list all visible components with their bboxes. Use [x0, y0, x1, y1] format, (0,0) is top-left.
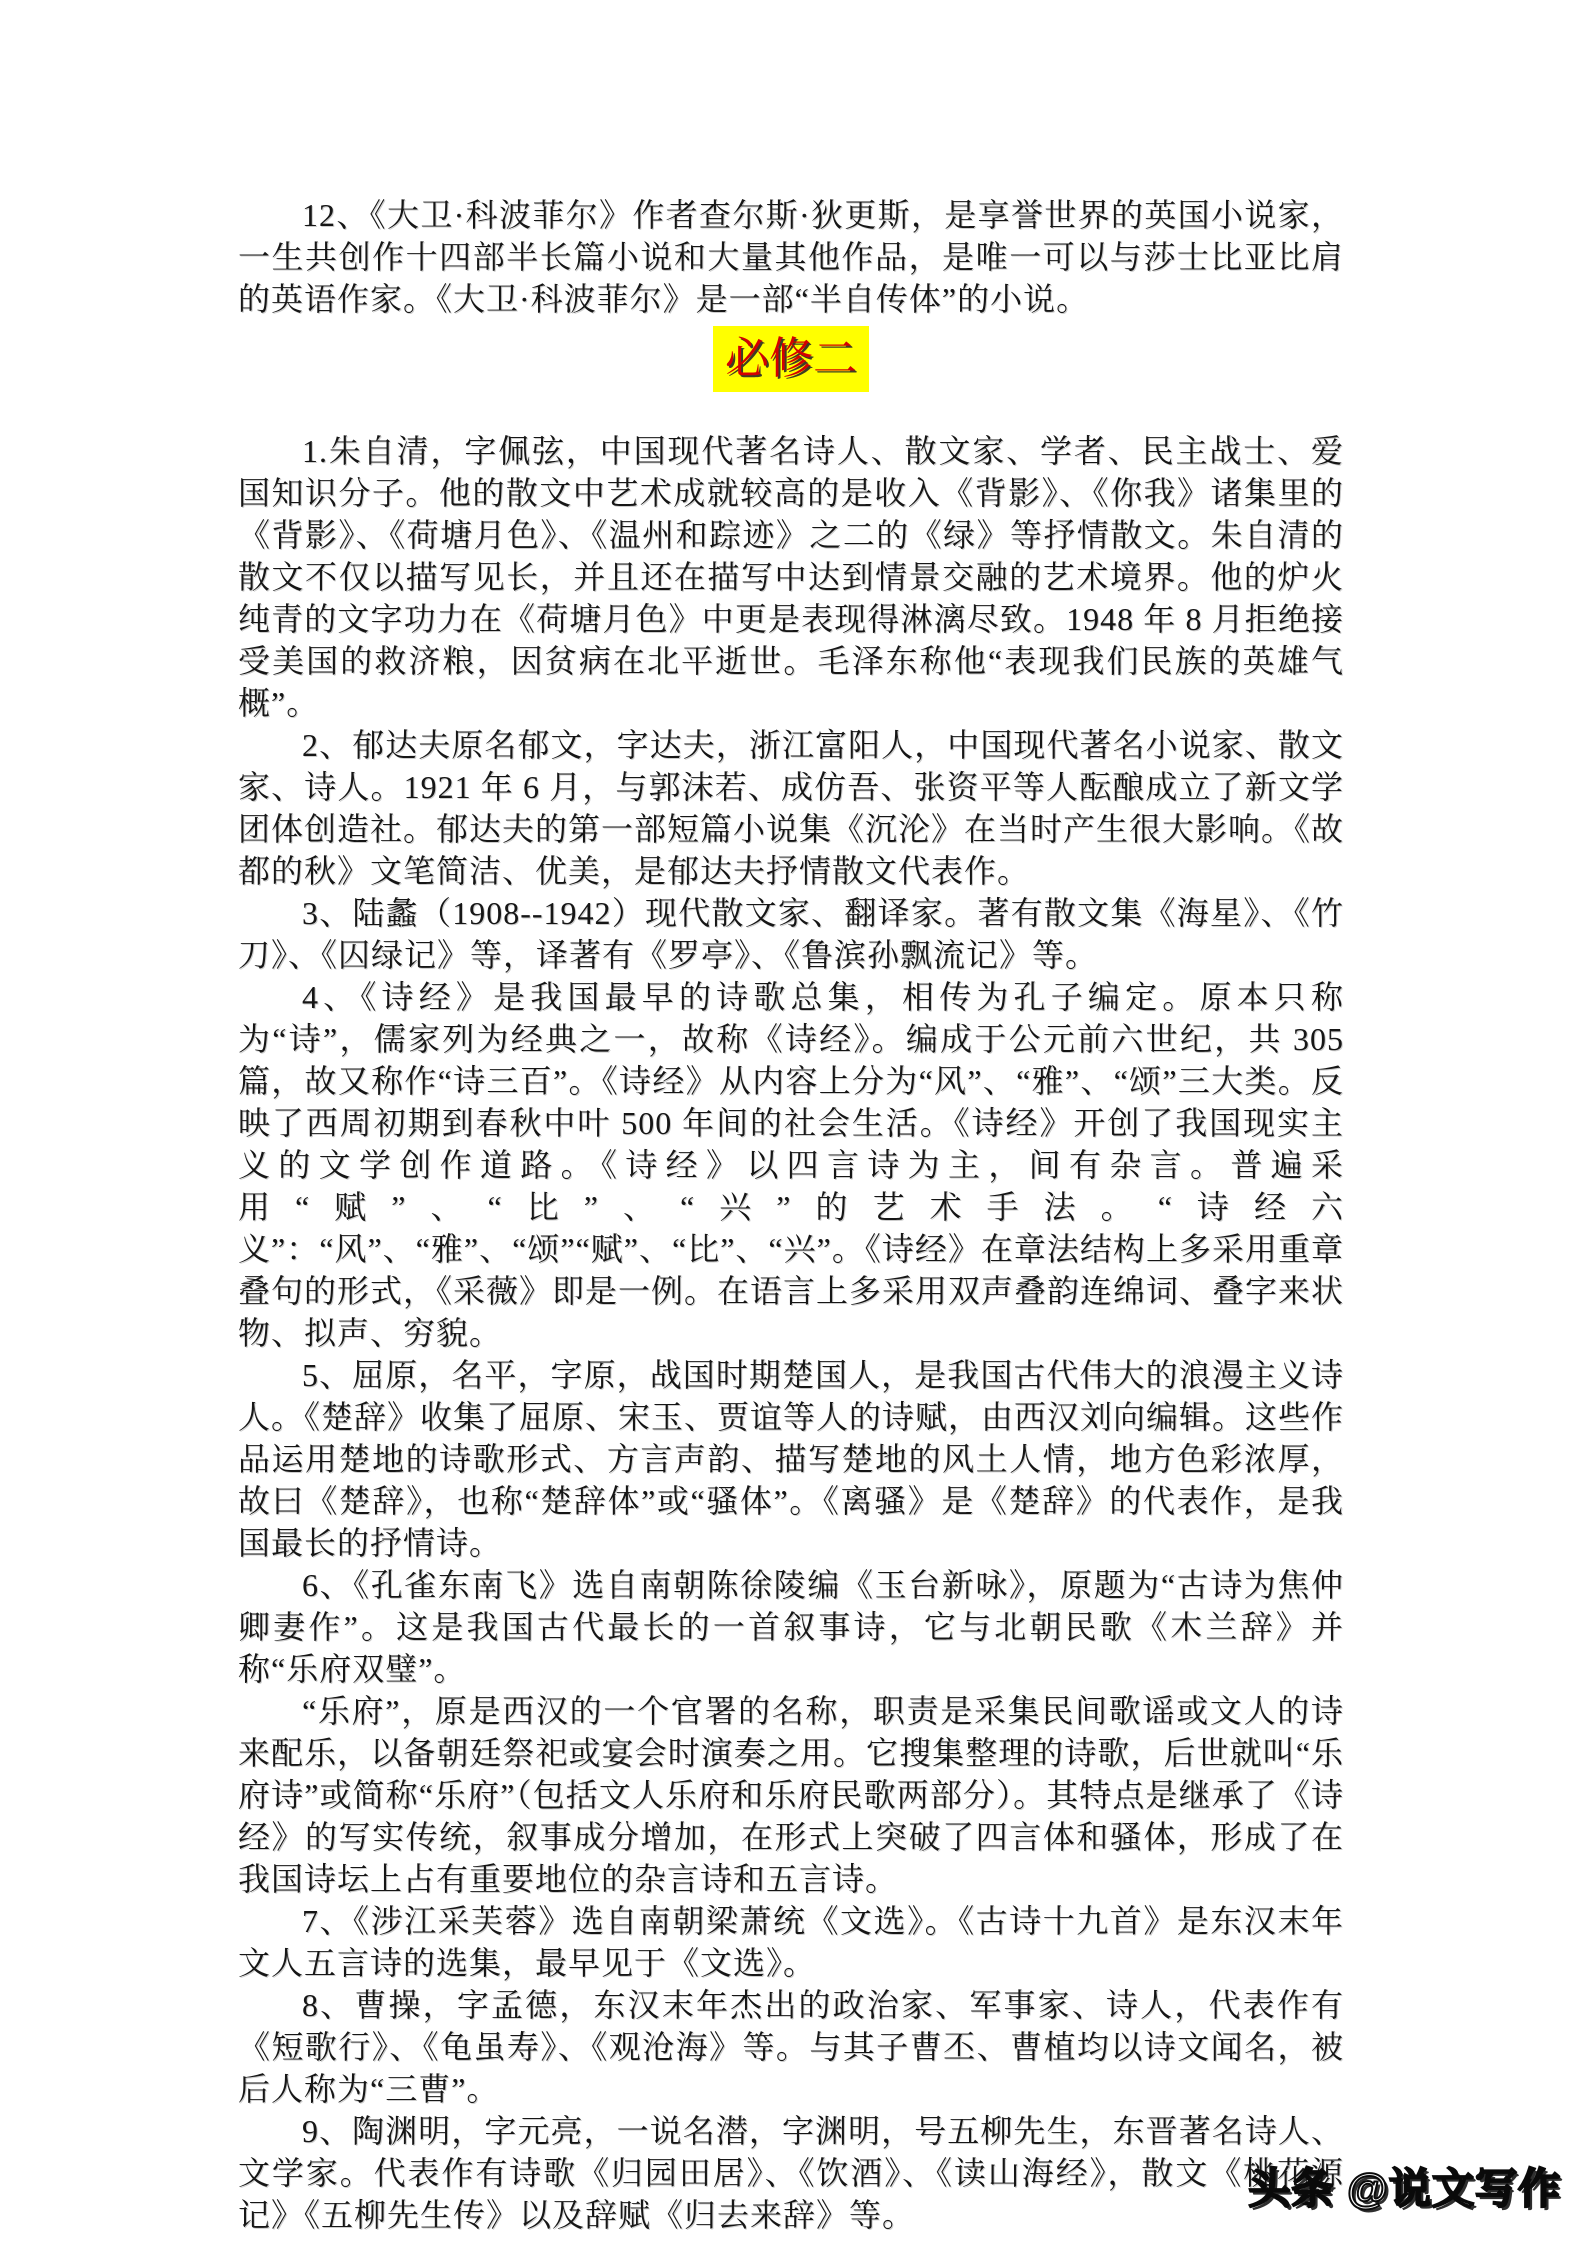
paragraph-5-quyuan: 5、屈原，名平，字原，战国时期楚国人，是我国古代伟大的浪漫主义诗人。《楚辞》收集… [238, 1354, 1344, 1564]
paragraph-yuefu: “乐府”，原是西汉的一个官署的名称，职责是采集民间歌谣或文人的诗来配乐，以备朝廷… [238, 1690, 1344, 1900]
paragraph-12: 12、《大卫·科波菲尔》作者查尔斯·狄更斯，是享誉世界的英国小说家，一生共创作十… [238, 194, 1344, 320]
paragraph-1-zhuziqing: 1.朱自清，字佩弦，中国现代著名诗人、散文家、学者、民主战士、爱国知识分子。他的… [238, 430, 1344, 724]
paragraph-6-kongque: 6、《孔雀东南飞》选自南朝陈徐陵编《玉台新咏》，原题为“古诗为焦仲卿妻作”。这是… [238, 1564, 1344, 1690]
paragraph-9-taoyuanming: 9、陶渊明，字元亮，一说名潜，字渊明，号五柳先生，东晋著名诗人、文学家。代表作有… [238, 2110, 1344, 2236]
paragraph-8-caocao: 8、曹操，字孟德，东汉末年杰出的政治家、军事家、诗人，代表作有《短歌行》、《龟虽… [238, 1984, 1344, 2110]
document-page: 12、《大卫·科波菲尔》作者查尔斯·狄更斯，是享誉世界的英国小说家，一生共创作十… [0, 0, 1587, 2245]
paragraph-7-shejiang: 7、《涉江采芙蓉》选自南朝梁萧统《文选》。《古诗十九首》是东汉末年文人五言诗的选… [238, 1900, 1344, 1984]
section-heading-row: 必修二 [238, 326, 1344, 402]
section-heading: 必修二 [713, 326, 869, 392]
paragraph-4-shijing: 4、《诗经》是我国最早的诗歌总集，相传为孔子编定。原本只称为“诗”，儒家列为经典… [238, 976, 1344, 1354]
paragraph-3-luli: 3、陆蠡（1908--1942）现代散文家、翻译家。著有散文集《海星》、《竹刀》… [238, 892, 1344, 976]
document-body: 12、《大卫·科波菲尔》作者查尔斯·狄更斯，是享誉世界的英国小说家，一生共创作十… [238, 194, 1344, 2236]
watermark-toutiao: 头条 @说文写作 [1248, 2156, 1561, 2216]
paragraph-2-yudafu: 2、郁达夫原名郁文，字达夫，浙江富阳人，中国现代著名小说家、散文家、诗人。192… [238, 724, 1344, 892]
